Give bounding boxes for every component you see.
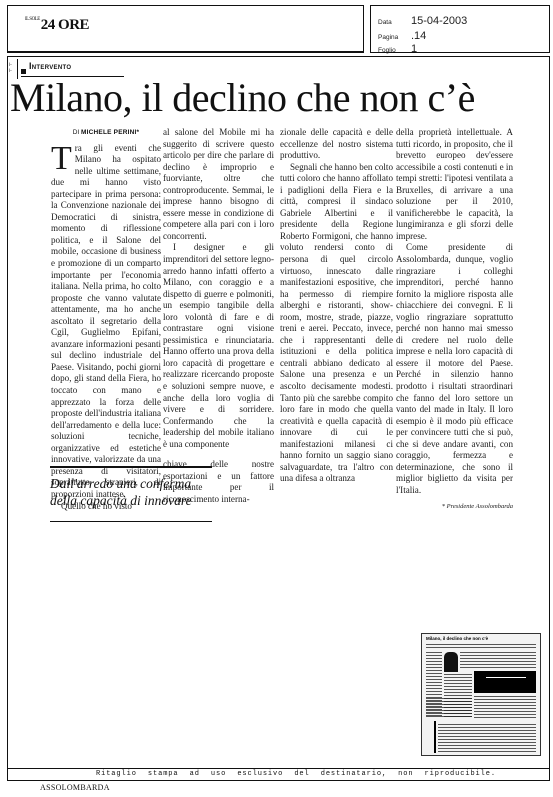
drop-cap: T (51, 145, 72, 173)
thumbnail-rule (434, 721, 436, 753)
paragraph-text: ra gli eventi che Milano ha ospitato nel… (51, 143, 161, 499)
paragraph: Segnali che hanno ben colto tutti coloro… (280, 162, 393, 485)
date-label: Data (378, 19, 411, 26)
thumbnail-text-block (438, 724, 536, 752)
footer-rule (7, 768, 550, 769)
sheet-value: 1 (411, 43, 417, 55)
paragraph: zionale delle capacità e delle eccellenz… (280, 127, 393, 162)
kicker-marks: i-i- (9, 62, 12, 74)
headline: Milano, il declino che non c’è (10, 74, 475, 122)
clipping-disclaimer: Ritaglio stampa ad uso esclusivo del des… (96, 770, 496, 778)
pull-quote: Dall'arredo una conferma della capacità … (50, 475, 220, 509)
article-column-1: DI MICHELE PERINI* Tra gli eventi che Mi… (51, 127, 161, 512)
section-kicker: Intervento (29, 61, 71, 71)
logo-prefix: IL SOLE (25, 17, 40, 22)
thumbnail-portrait-photo (444, 652, 458, 672)
thumbnail-text-block (474, 696, 536, 718)
pull-quote-line-1: Dall'arredo una conferma (50, 475, 220, 492)
article-column-2: al salone del Mobile mi ha suggerito di … (163, 127, 274, 506)
article-column-4: della proprietà intellettuale. A tutti r… (396, 127, 513, 512)
byline: DI MICHELE PERINI* (51, 127, 161, 139)
thumbnail-text-block (426, 644, 536, 650)
pull-quote-line-2: della capacità di innovare (50, 492, 220, 509)
thumbnail-text-block (460, 652, 536, 670)
paragraph: della proprietà intellettuale. A tutti r… (396, 127, 513, 242)
paragraph: I designer e gli imprenditori del settor… (163, 242, 274, 450)
paragraph: Come presidente di Assolombarda, dunque,… (396, 242, 513, 496)
pull-quote-rule-top (50, 466, 212, 468)
byline-prefix: DI (73, 129, 80, 136)
sheet-label: Foglio (378, 47, 411, 54)
meta-sheet-row: Foglio1 (378, 39, 417, 57)
newspaper-logo: IL SOLE24 ORE (25, 17, 89, 34)
byline-author: MICHELE PERINI* (81, 129, 139, 136)
thumbnail-headline: Milano, il declino che non c'è (426, 636, 488, 641)
author-signature: * Presidente Assolombarda (396, 501, 513, 513)
clipping-meta-box: Data15-04-2003 Pagina.14 Foglio1 (370, 5, 550, 53)
paragraph: Tra gli eventi che Milano ha ospitato ne… (51, 143, 161, 501)
pull-quote-rule-bottom (50, 521, 212, 522)
paragraph: al salone del Mobile mi ha suggerito di … (163, 127, 274, 242)
thumbnail-text-block (426, 698, 472, 718)
logo-text: 24 ORE (41, 17, 89, 33)
article-column-3: zionale delle capacità e delle eccellenz… (280, 127, 393, 485)
clipping-source: ASSOLOMBARDA (40, 783, 110, 792)
thumbnail-black-box (474, 671, 536, 693)
page-thumbnail: Milano, il declino che non c'è (421, 633, 541, 756)
